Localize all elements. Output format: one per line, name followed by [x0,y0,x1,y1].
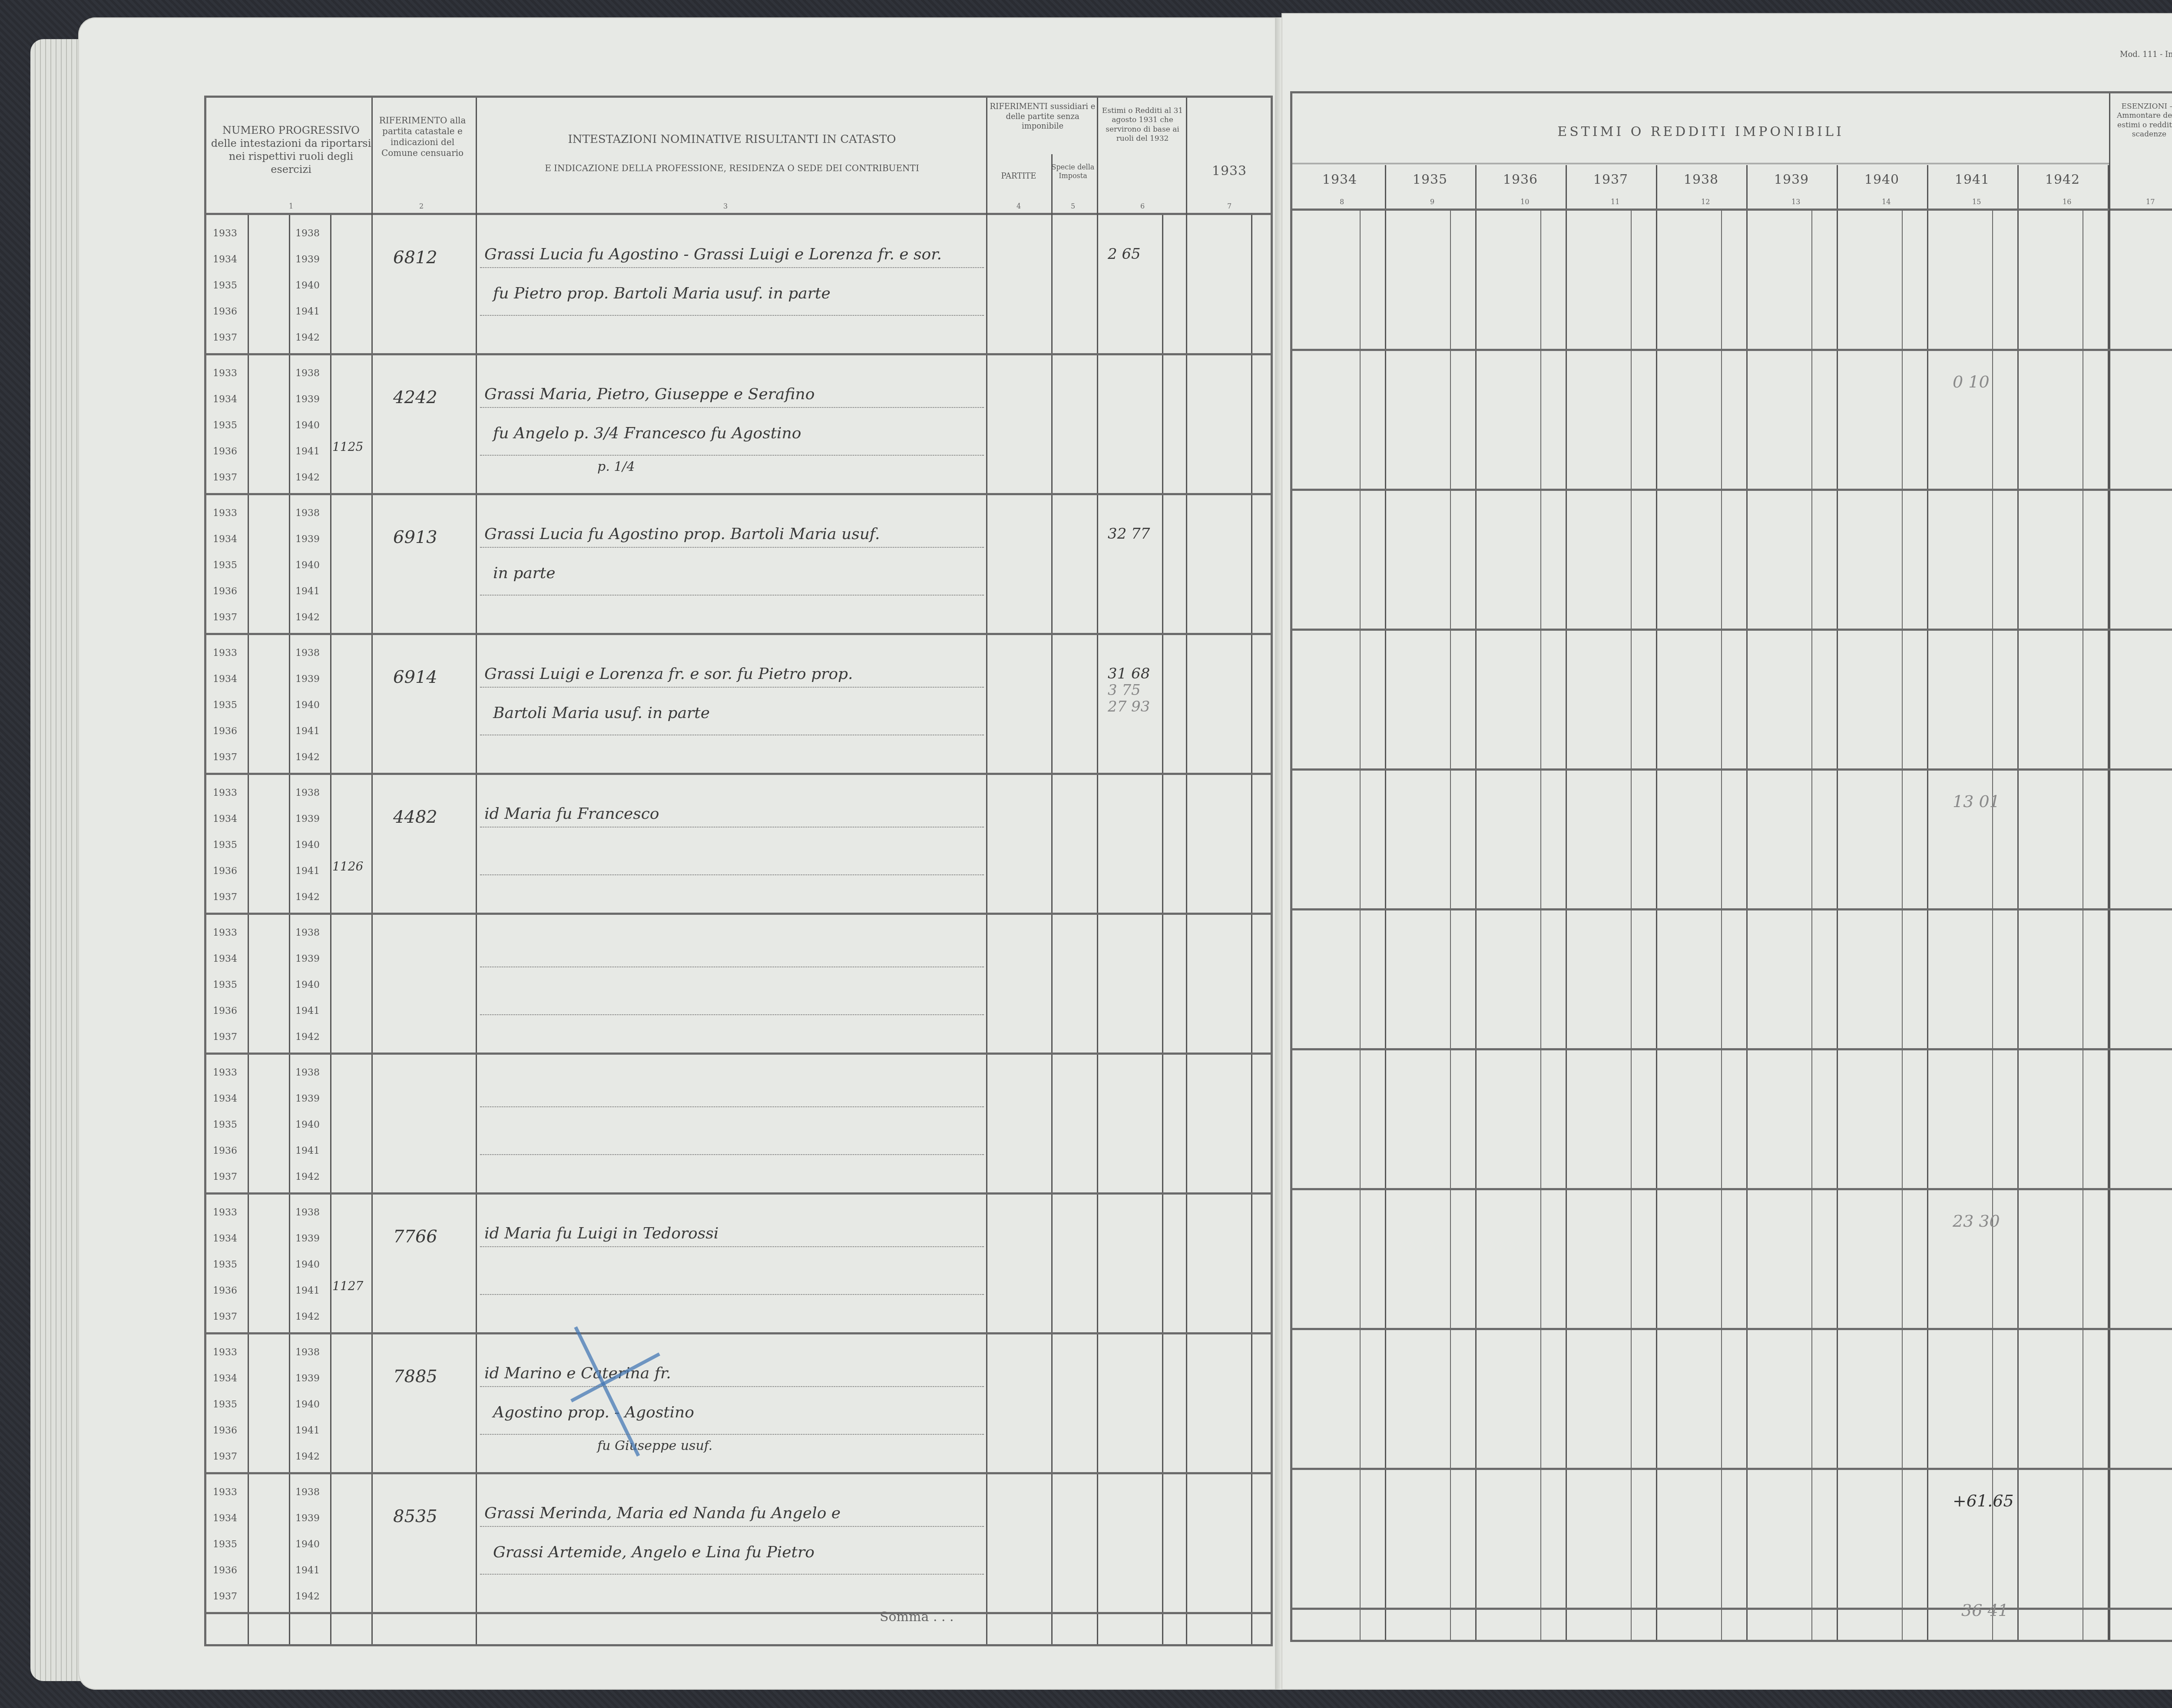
ledger-entry: 1933193819341939193519401936194119371942… [206,1194,1271,1334]
exercise-year: 1942 [295,892,320,903]
exercise-year: 1939 [295,254,320,265]
exercise-year: 1933 [213,1347,237,1358]
exercise-year: 1939 [295,953,320,964]
exercise-year: 1941 [295,1565,320,1576]
exercise-year: 1941 [295,586,320,597]
ledger-entry-values: 1258 [1292,490,2172,630]
exercise-year: 1937 [213,752,237,763]
exercise-year: 1938 [295,788,320,798]
exercise-year: 1934 [213,254,237,265]
left-page: NUMERO PROGRESSIVO delle intestazioni da… [78,17,1281,1690]
page-edges-left [30,39,83,1681]
estimo-1932-value: 2 65 [1108,245,1141,263]
ledger-entry: 1933193819341939193519401936194119371942… [206,635,1271,775]
exercise-year: 1939 [295,534,320,545]
taxpayer-name-line1: Grassi Merinda, Maria ed Nanda fu Angelo… [484,1504,841,1522]
estimo-1941-value: 13 01 [1953,792,2000,811]
exercise-year: 1938 [295,368,320,379]
exercise-year: 1933 [213,788,237,798]
estimo-1941-value: 23 30 [1953,1211,2000,1231]
header-year-1938: 1938 [1656,172,1746,188]
ledger-entry: 1933193819341939193519401936194119371942… [206,775,1271,914]
estimo-1941-value: 0 10 [1953,372,1990,391]
header-esenzioni: ESENZIONI — Ammontare degli estimi o red… [2111,102,2172,139]
exercise-year: 1940 [295,980,320,990]
partita-number: 7885 [393,1367,437,1387]
ledger-entry: 1933193819341939193519401936194119371942 [206,914,1271,1054]
taxpayer-name-line2: fu Angelo p. 3/4 Francesco fu Agostino [493,424,801,442]
ledger-entry-values: 23 301261 [1292,1190,2172,1330]
header-numero-progressivo: NUMERO PROGRESSIVO delle intestazioni da… [211,124,371,176]
exercise-year: 1934 [213,1513,237,1524]
entry-separator [206,1612,1271,1614]
partita-number: 8535 [393,1506,437,1526]
exercise-year: 1933 [213,508,237,519]
exercise-year: 1934 [213,534,237,545]
header-riferimenti-sussidiari: RIFERIMENTI sussidiari e delle partite s… [988,102,1097,132]
exercise-year: 1934 [213,674,237,685]
partita-number: 6913 [393,527,437,547]
exercise-year: 1936 [213,1565,237,1576]
ledger-entry-values: 13 011260 [1292,770,2172,910]
exercise-year: 1938 [295,1207,320,1218]
ledger-entry: 1933193819341939193519401936194119371942… [206,495,1271,635]
exercise-year: 1936 [213,866,237,877]
exercise-year: 1941 [295,1425,320,1436]
header-year-1934: 1934 [1295,172,1385,188]
ledger-entry-values [1292,1050,2172,1190]
exercise-year: 1942 [295,332,320,343]
exercise-year: 1935 [213,1399,237,1410]
header-intestazioni-sub: E INDICAZIONE DELLA PROFESSIONE, RESIDEN… [480,163,984,174]
taxpayer-name-line2: fu Pietro prop. Bartoli Maria usuf. in p… [493,285,831,302]
header-intestazioni: INTESTAZIONI NOMINATIVE RISULTANTI IN CA… [480,132,984,147]
ledger-entry: 1933193819341939193519401936194119371942… [206,1334,1271,1474]
taxpayer-name-line1: id Marino e Caterina fr. [484,1364,671,1382]
header-riferimento: RIFERIMENTO alla partita catastale e ind… [374,115,471,159]
exercise-year: 1942 [295,612,320,623]
exercise-year: 1934 [213,1093,237,1104]
exercise-year: 1938 [295,1347,320,1358]
exercise-year: 1934 [213,1373,237,1384]
right-ledger-table: ESTIMI O REDDITI IMPONIBILI 193481935919… [1290,91,2172,1642]
exercise-year: 1939 [295,674,320,685]
exercise-year: 1940 [295,1259,320,1270]
header-year-1936: 1936 [1475,172,1566,188]
exercise-year: 1935 [213,840,237,851]
taxpayer-name-line2: Bartoli Maria usuf. in parte [493,704,710,722]
exercise-year: 1941 [295,446,320,457]
taxpayer-name-line3: fu Giuseppe usuf. [597,1438,712,1453]
header-estimi-1932: Estimi o Redditi al 31 agosto 1931 che s… [1099,106,1186,143]
taxpayer-name-line2: Grassi Artemide, Angelo e Lina fu Pietro [493,1543,814,1561]
header-specie-imposta: Specie della Imposta [1051,163,1095,180]
side-reference: 1125 [332,440,363,454]
partita-number: 6812 [393,248,437,268]
header-year-1940: 1940 [1837,172,1927,188]
exercise-year: 1942 [295,1451,320,1462]
taxpayer-name-line1: id Maria fu Francesco [484,805,659,823]
exercise-year: 1937 [213,332,237,343]
ledger-entry-values: 1256 [1292,211,2172,351]
exercise-year: 1939 [295,1373,320,1384]
header-year-1941: 1941 [1927,172,2017,188]
model-label: Mod. 111 - Imposte Dirette (Intercalare)… [2120,50,2172,59]
exercise-year: 1935 [213,1259,237,1270]
exercise-year: 1936 [213,1006,237,1016]
ledger-entry-values [1292,910,2172,1050]
ledger-entry-values: 1259 [1292,630,2172,770]
exercise-year: 1942 [295,752,320,763]
exercise-year: 1935 [213,420,237,431]
exercise-year: 1938 [295,927,320,938]
exercise-year: 1938 [295,228,320,239]
exercise-year: 1939 [295,1233,320,1244]
exercise-year: 1936 [213,1285,237,1296]
taxpayer-name-line1: Grassi Lucia fu Agostino prop. Bartoli M… [484,525,880,543]
header-partite: PARTITE [988,172,1049,182]
right-page: Mod. 111 - Imposte Dirette (Intercalare)… [1281,13,2172,1690]
partita-number: 7766 [393,1227,437,1247]
exercise-year: 1936 [213,446,237,457]
exercise-year: 1941 [295,1285,320,1296]
exercise-year: 1941 [295,1006,320,1016]
exercise-year: 1936 [213,1145,237,1156]
exercise-year: 1936 [213,306,237,317]
exercise-year: 1933 [213,1207,237,1218]
exercise-year: 1937 [213,1032,237,1043]
exercise-year: 1937 [213,1172,237,1182]
exercise-year: 1940 [295,1399,320,1410]
exercise-year: 1937 [213,892,237,903]
taxpayer-name-line3: p. 1/4 [597,459,635,474]
exercise-year: 1938 [295,648,320,659]
exercise-year: 1937 [213,612,237,623]
exercise-year: 1941 [295,306,320,317]
exercise-year: 1936 [213,1425,237,1436]
ledger-entry: 1933193819341939193519401936194119371942… [206,215,1271,355]
estimo-1932-value: 32 77 [1108,525,1150,543]
header-estimi-redditi: ESTIMI O REDDITI IMPONIBILI [1292,124,2109,140]
exercise-year: 1939 [295,1093,320,1104]
somma-label: Somma . . . [880,1609,954,1625]
left-ledger-table: NUMERO PROGRESSIVO delle intestazioni da… [204,96,1273,1646]
taxpayer-name-line1: id Maria fu Luigi in Tedorossi [484,1225,718,1242]
exercise-year: 1942 [295,1311,320,1322]
header-year-1933: 1933 [1190,163,1268,179]
ledger-entry: 1933193819341939193519401936194119371942… [206,355,1271,495]
exercise-year: 1934 [213,814,237,824]
blue-strikethrough-mark [574,1326,640,1456]
exercise-year: 1933 [213,368,237,379]
exercise-year: 1935 [213,980,237,990]
exercise-year: 1940 [295,700,320,711]
ledger-entry-values [1292,1330,2172,1470]
exercise-year: 1938 [295,1067,320,1078]
partita-number: 4242 [393,387,437,407]
exercise-year: 1940 [295,560,320,571]
exercise-year: 1939 [295,1513,320,1524]
exercise-year: 1940 [295,1119,320,1130]
exercise-year: 1939 [295,814,320,824]
exercise-year: 1942 [295,1591,320,1602]
exercise-year: 1942 [295,472,320,483]
exercise-year: 1934 [213,953,237,964]
estimo-1932-value: 31 68 [1108,665,1150,682]
ledger-entry: 1933193819341939193519401936194119371942 [206,1054,1271,1194]
exercise-year: 1941 [295,1145,320,1156]
side-reference: 1127 [332,1279,363,1293]
exercise-year: 1935 [213,1539,237,1550]
partita-number: 4482 [393,807,437,827]
header-year-1942: 1942 [2017,172,2108,188]
exercise-year: 1933 [213,228,237,239]
partita-number: 6914 [393,667,437,687]
ledger-entry-values: +61.65 [1292,1470,2172,1609]
estimo-1932-value: 3 75 [1108,682,1141,699]
header-year-1939: 1939 [1746,172,1837,188]
exercise-year: 1935 [213,560,237,571]
exercise-year: 1934 [213,1233,237,1244]
ledger-entry: 1933193819341939193519401936194119371942… [206,1474,1271,1614]
ledger-entry-values: 0 101257 [1292,351,2172,490]
taxpayer-name-line1: Grassi Luigi e Lorenza fr. e sor. fu Pie… [484,665,853,683]
exercise-year: 1940 [295,1539,320,1550]
taxpayer-name-line1: Grassi Lucia fu Agostino - Grassi Luigi … [484,245,942,263]
exercise-year: 1935 [213,280,237,291]
exercise-year: 1937 [213,1591,237,1602]
exercise-year: 1933 [213,927,237,938]
exercise-year: 1937 [213,472,237,483]
exercise-year: 1940 [295,420,320,431]
header-year-1937: 1937 [1566,172,1656,188]
exercise-year: 1938 [295,508,320,519]
exercise-year: 1935 [213,1119,237,1130]
exercise-year: 1941 [295,866,320,877]
exercise-year: 1933 [213,648,237,659]
exercise-year: 1934 [213,394,237,405]
exercise-year: 1942 [295,1172,320,1182]
header-year-1935: 1935 [1385,172,1475,188]
exercise-year: 1937 [213,1311,237,1322]
exercise-year: 1942 [295,1032,320,1043]
side-reference: 1126 [332,859,363,874]
exercise-year: 1941 [295,726,320,737]
exercise-year: 1933 [213,1487,237,1498]
estimo-1941-value: +61.65 [1953,1491,2014,1510]
estimo-1932-value: 27 93 [1108,698,1150,715]
exercise-year: 1938 [295,1487,320,1498]
taxpayer-name-line1: Grassi Maria, Pietro, Giuseppe e Serafin… [484,385,814,403]
somma-1941-total: 36 41 [1961,1601,2009,1620]
exercise-year: 1940 [295,840,320,851]
entry-separator [1292,1608,2172,1610]
exercise-year: 1936 [213,726,237,737]
taxpayer-name-line2: Agostino prop. - Agostino [493,1403,694,1421]
exercise-year: 1940 [295,280,320,291]
exercise-year: 1937 [213,1451,237,1462]
exercise-year: 1933 [213,1067,237,1078]
exercise-year: 1935 [213,700,237,711]
exercise-year: 1936 [213,586,237,597]
taxpayer-name-line2: in parte [493,564,556,582]
exercise-year: 1939 [295,394,320,405]
